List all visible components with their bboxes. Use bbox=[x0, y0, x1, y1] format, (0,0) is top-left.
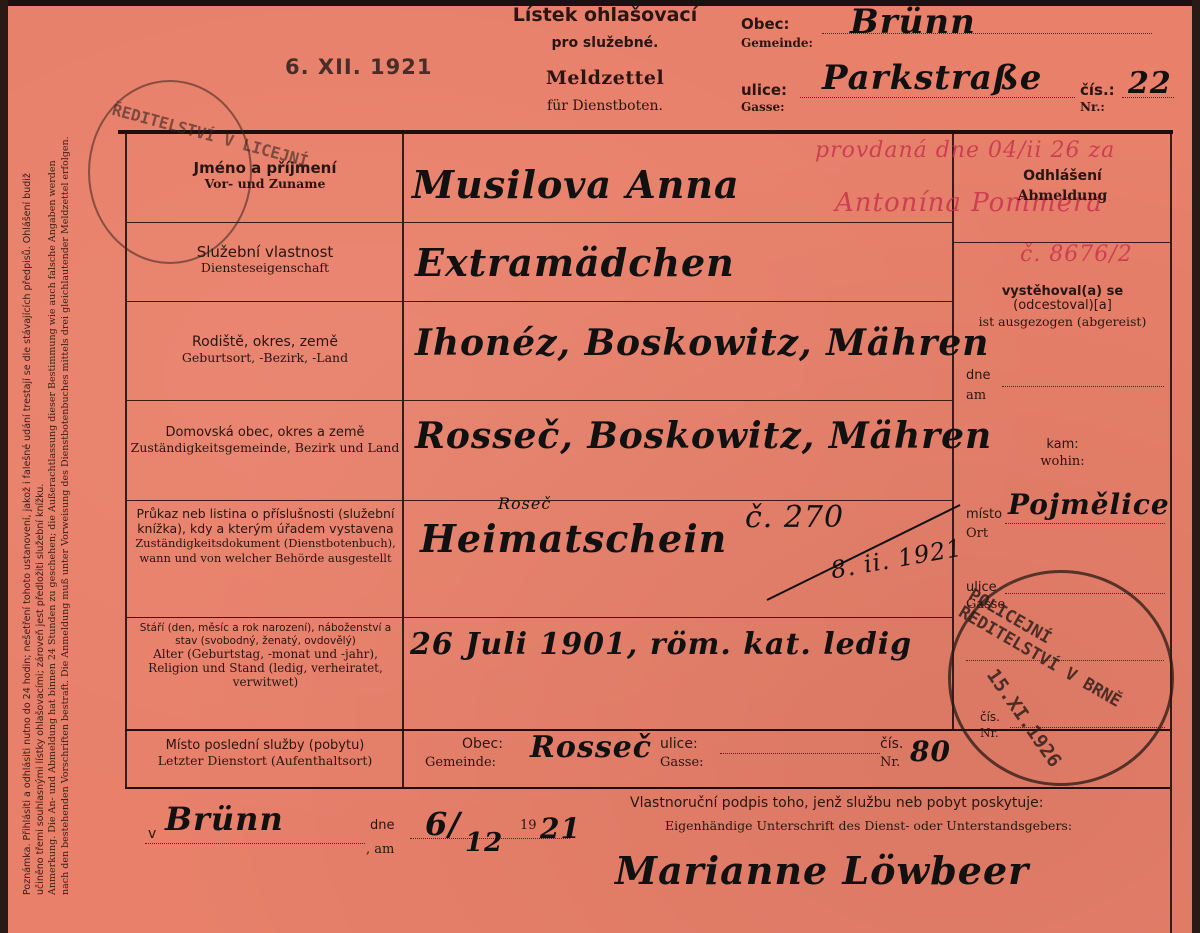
footer-date-day[interactable]: 6/ bbox=[425, 805, 461, 843]
document-value[interactable]: Heimatschein bbox=[420, 516, 727, 561]
gasse-label: Gasse: bbox=[741, 100, 785, 114]
last-cis-label: čís. bbox=[880, 736, 903, 752]
side-note-cz: Poznámka. Přihlásiti a odhlásiti nutno d… bbox=[22, 135, 47, 895]
last-ulice-dotted-line bbox=[720, 753, 880, 754]
registration-form: Lístek ohlašovací pro služebné. Meldzett… bbox=[0, 0, 1200, 933]
last-ulice-label: ulice: bbox=[660, 736, 698, 752]
misto-dotted-line bbox=[1005, 523, 1165, 524]
age-religion-status-label: Stáří (den, měsíc a rok narození), nábož… bbox=[133, 622, 398, 689]
footer-dne-label: dne bbox=[370, 818, 395, 833]
last-gemeinde-label: Gemeinde: bbox=[425, 755, 496, 770]
row-divider bbox=[125, 400, 953, 401]
table-right-border bbox=[1170, 134, 1172, 933]
gemeinde-label: Gemeinde: bbox=[741, 36, 813, 50]
place-dotted-line bbox=[145, 843, 365, 844]
footer-am-label: , am bbox=[366, 842, 394, 857]
dereg-am-label: am bbox=[966, 388, 986, 403]
nr-label: Nr.: bbox=[1080, 100, 1105, 114]
cis-label: čís.: bbox=[1080, 82, 1115, 98]
ort-label: Ort bbox=[966, 526, 988, 541]
document-label: Průkaz neb listina o příslušnosti (služe… bbox=[133, 507, 398, 565]
table-bottom-border bbox=[125, 787, 1170, 789]
form-title-de: Meldzettel bbox=[455, 67, 755, 89]
form-subtitle-cz: pro služebné. bbox=[455, 35, 755, 51]
home-municipality-value[interactable]: Rosseč, Boskowitz, Mähren bbox=[415, 415, 992, 457]
service-role-value[interactable]: Extramädchen bbox=[415, 240, 735, 285]
footer-year-prefix: 19 bbox=[520, 818, 537, 833]
cis-value[interactable]: 22 bbox=[1128, 66, 1172, 101]
deregistration-title-cz: Odhlášení bbox=[955, 168, 1170, 184]
moved-out-label-cz-2: (odcestoval)[a] bbox=[955, 298, 1170, 313]
scan-edge-right bbox=[1192, 0, 1200, 933]
slash-mark-icon bbox=[765, 500, 965, 610]
dereg-date-dotted-line bbox=[1002, 386, 1164, 387]
row-divider bbox=[125, 301, 953, 302]
wohin-label: wohin: bbox=[955, 454, 1170, 469]
last-obec-value[interactable]: Rosseč bbox=[530, 730, 652, 765]
place-v-label: v bbox=[148, 826, 156, 842]
birthplace-value[interactable]: Ihonéz, Boskowitz, Mähren bbox=[415, 322, 989, 364]
home-municipality-label: Domovská obec, okres a zeměZuständigkeit… bbox=[130, 425, 400, 455]
footer-date-month[interactable]: 12 bbox=[465, 828, 503, 858]
signature-label-de: Eigenhändige Unterschrift des Dienst- od… bbox=[665, 818, 1072, 833]
last-service-label: Místo poslední služby (pobytu)Letzter Di… bbox=[130, 738, 400, 768]
red-note-married: provdaná dne 04/ii 26 za bbox=[815, 138, 1115, 163]
signature-label-cz: Vlastnoruční podpis toho, jenž službu ne… bbox=[630, 795, 1043, 811]
table-top-border bbox=[118, 130, 1173, 134]
signature-value[interactable]: Marianne Löwbeer bbox=[615, 848, 1029, 893]
scan-edge-left bbox=[0, 0, 8, 933]
row-divider bbox=[125, 617, 953, 618]
document-annotation[interactable]: Roseč bbox=[498, 494, 551, 513]
last-gasse-label: Gasse: bbox=[660, 755, 704, 770]
birthplace-label: Rodiště, okres, zeměGeburtsort, -Bezirk,… bbox=[130, 335, 400, 365]
footer-year-value[interactable]: 21 bbox=[540, 812, 581, 845]
moved-out-label-de: ist ausgezogen (abgereist) bbox=[955, 314, 1170, 329]
row-divider bbox=[125, 222, 953, 223]
obec-value[interactable]: Brünn bbox=[850, 2, 976, 42]
side-note: Poznámka. Přihlásiti a odhlásiti nutno d… bbox=[22, 135, 72, 895]
obec-label: Obec: bbox=[741, 16, 790, 32]
kam-label: kam: bbox=[955, 437, 1170, 452]
ulice-label: ulice: bbox=[741, 82, 787, 98]
form-title-cz: Lístek ohlašovací bbox=[455, 4, 755, 26]
place-value[interactable]: Brünn bbox=[165, 800, 284, 838]
age-religion-status-value[interactable]: 26 Juli 1901, röm. kat. ledig bbox=[410, 627, 912, 662]
form-subtitle-de: für Dienstboten. bbox=[455, 98, 755, 114]
red-note-number: č. 8676/2 bbox=[1020, 242, 1133, 267]
deregistration-title-de: Abmeldung bbox=[955, 188, 1170, 204]
ulice-value[interactable]: Parkstraße bbox=[822, 58, 1042, 98]
label-column-divider bbox=[402, 134, 404, 789]
misto-label: místo bbox=[966, 507, 1002, 522]
side-note-de: Anmerkung. Die An- und Abmeldung hat bin… bbox=[47, 135, 72, 895]
last-cis-value[interactable]: 80 bbox=[910, 735, 951, 768]
last-obec-label: Obec: bbox=[462, 736, 503, 752]
received-date-stamp: 6. XII. 1921 bbox=[285, 55, 432, 79]
dereg-dne-label: dne bbox=[966, 368, 991, 383]
name-value[interactable]: Musilova Anna bbox=[412, 162, 740, 207]
last-nr-label: Nr. bbox=[880, 755, 900, 770]
misto-value[interactable]: Pojmělice bbox=[1008, 488, 1170, 521]
